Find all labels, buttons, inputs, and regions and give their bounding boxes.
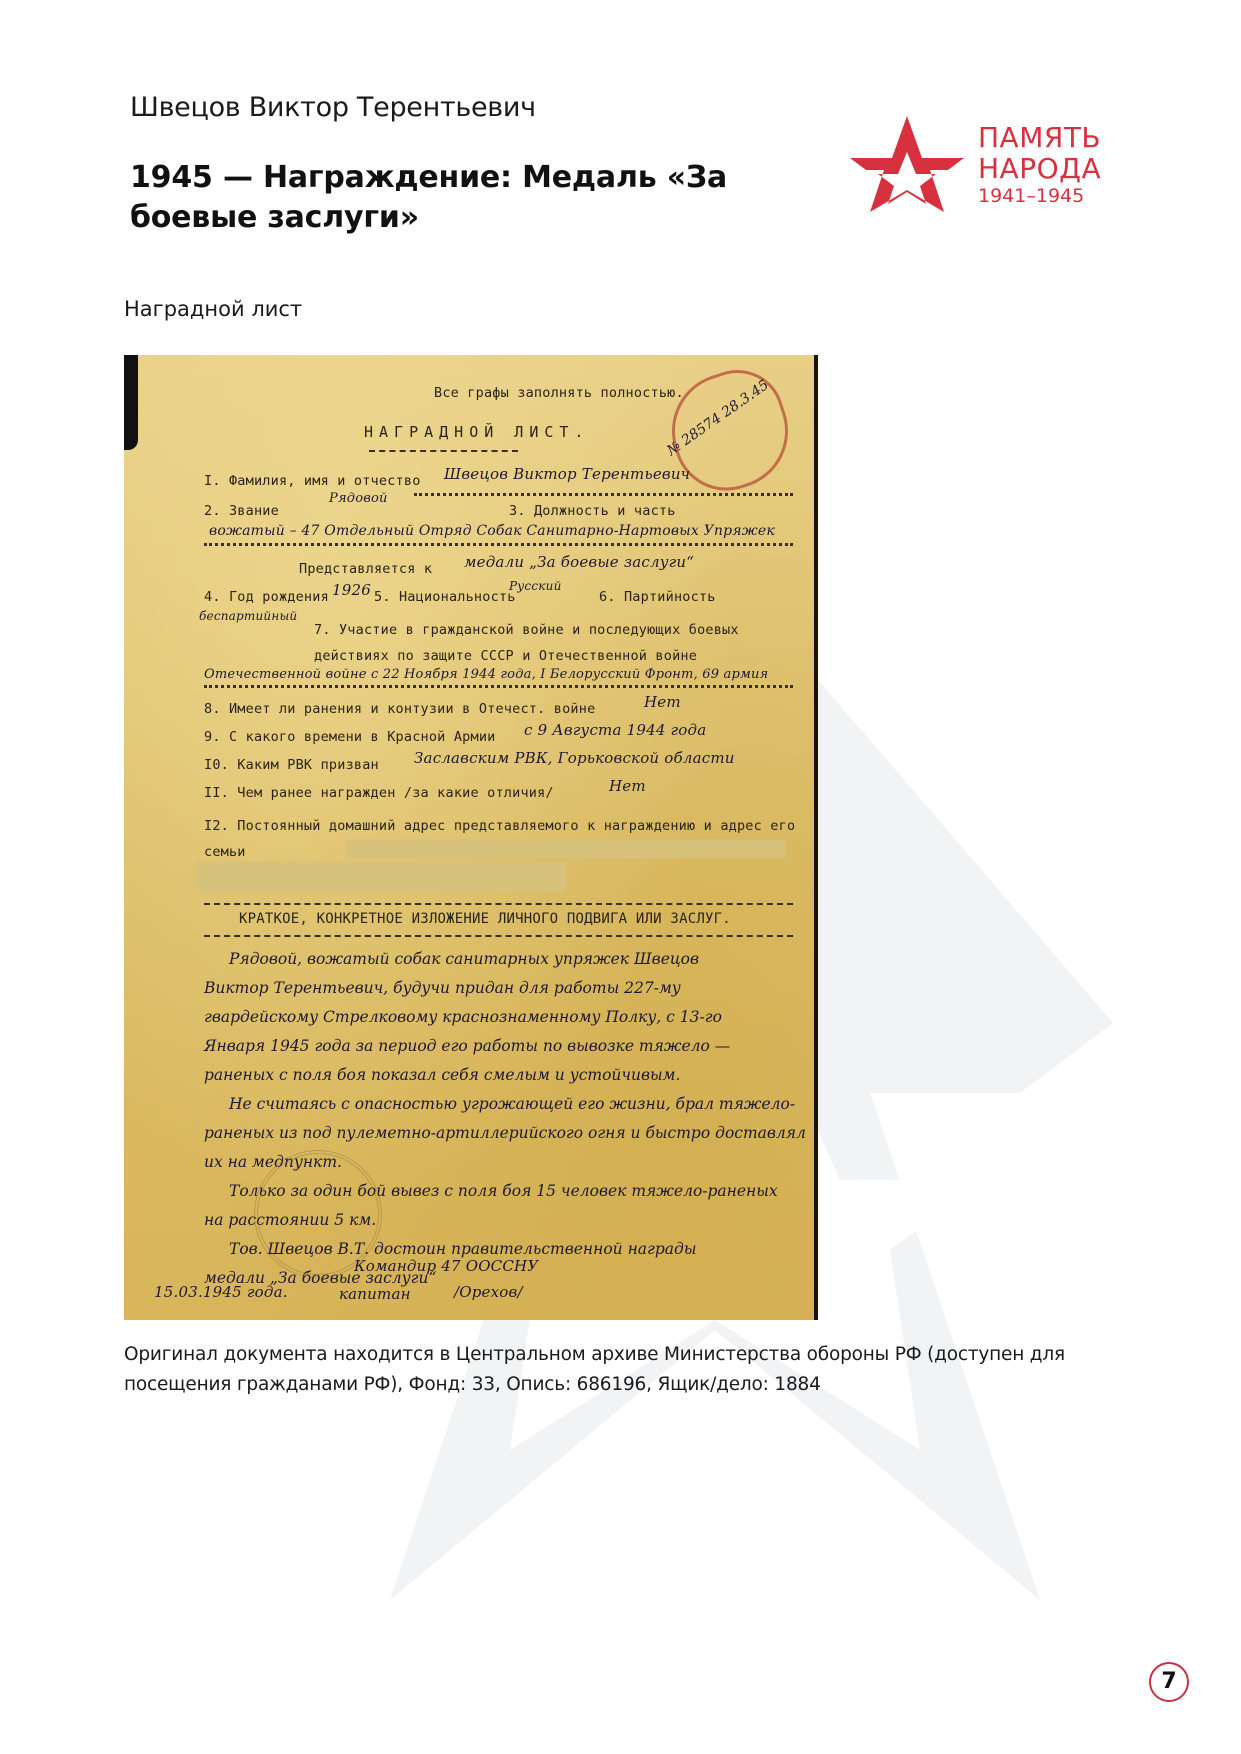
field-8-label: 8. Имеет ли ранения и контузии в Отечест… <box>204 701 595 717</box>
field-5-value: Русский <box>509 579 562 593</box>
page-title: 1945 — Награждение: Медаль «За боевые за… <box>130 158 810 238</box>
logo-text: ПАМЯТЬ НАРОДА 1941–1945 <box>978 124 1101 206</box>
dashed-line <box>204 903 793 905</box>
red-star-icon <box>848 112 966 222</box>
field-5-label: 5. Национальность <box>374 589 516 605</box>
logo[interactable]: ПАМЯТЬ НАРОДА 1941–1945 <box>848 112 1128 222</box>
signature-rank: капитан <box>339 1285 411 1303</box>
dotted-line <box>414 493 793 496</box>
field-7-label: 7. Участие в гражданской войне и последу… <box>314 617 784 669</box>
logo-years: 1941–1945 <box>978 187 1101 206</box>
field-3-value: вожатый – 47 Отдельный Отряд Собак Санит… <box>209 523 775 539</box>
narrative-line: Рядовой, вожатый собак санитарных упряже… <box>204 945 804 974</box>
field-4-value: 1926 <box>332 581 371 599</box>
page-number: 7 <box>1149 1662 1189 1702</box>
dotted-line <box>204 543 793 546</box>
narrative-line: Не считаясь с опасностью угрожающей его … <box>204 1090 804 1119</box>
narrative-line: гвардейскому Стрелковому краснознаменном… <box>204 1003 804 1032</box>
field-10-value: Заславским РВК, Горьковской области <box>414 749 735 767</box>
narrative-title: КРАТКОЕ, КОНКРЕТНОЕ ИЗЛОЖЕНИЕ ЛИЧНОГО ПО… <box>239 911 731 927</box>
logo-line-1: ПАМЯТЬ <box>978 124 1101 152</box>
field-1-label: I. Фамилия, имя и отчество <box>204 473 421 489</box>
redacted-address <box>346 840 786 858</box>
field-1-value: Швецов Виктор Терентьевич <box>444 465 690 483</box>
narrative-line: раненых из под пулеметно-артиллерийского… <box>204 1119 804 1148</box>
field-award-value: медали „За боевые заслуги“ <box>464 553 694 571</box>
field-8-value: Нет <box>644 693 681 711</box>
field-11-value: Нет <box>609 777 646 795</box>
field-award-label: Представляется к <box>299 561 432 577</box>
narrative-line: Января 1945 года за период его работы по… <box>204 1032 804 1061</box>
field-9-value: с 9 Августа 1944 года <box>524 721 706 739</box>
section-label: Наградной лист <box>124 297 302 321</box>
signature-date: 15.03.1945 года. <box>154 1283 288 1301</box>
logo-line-2: НАРОДА <box>978 155 1101 183</box>
narrative-line: раненых с поля боя показал себя смелым и… <box>204 1061 804 1090</box>
signature-position: Командир 47 ООССНУ <box>354 1257 538 1275</box>
field-6-label: 6. Партийность <box>599 589 716 605</box>
field-7-value: Отечественной войне с 22 Ноября 1944 год… <box>204 667 768 682</box>
field-3-label: 3. Должность и часть <box>509 503 676 519</box>
doc-header-note: Все графы заполнять полностью. <box>434 385 684 401</box>
field-10-label: I0. Каким РВК призван <box>204 757 379 773</box>
field-2-value: Рядовой <box>329 491 388 506</box>
narrative-line: Виктор Терентьевич, будучи придан для ра… <box>204 974 804 1003</box>
signature-name: /Орехов/ <box>454 1283 523 1301</box>
field-11-label: II. Чем ранее награжден /за какие отличи… <box>204 785 554 801</box>
field-6-value: беспартийный <box>199 609 297 623</box>
person-name: Швецов Виктор Терентьевич <box>130 92 536 123</box>
dotted-line <box>204 685 793 688</box>
redacted-address <box>196 862 566 892</box>
award-sheet-scan[interactable]: № 28574 28.3.45 Все графы заполнять полн… <box>124 355 818 1320</box>
title-underline <box>369 450 518 452</box>
dashed-line <box>204 935 793 937</box>
field-4-label: 4. Год рождения <box>204 589 329 605</box>
field-2-label: 2. Звание <box>204 503 279 519</box>
archive-note: Оригинал документа находится в Центральн… <box>124 1340 1124 1400</box>
doc-form-title: НАГРАДНОЙ ЛИСТ. <box>364 423 589 441</box>
field-9-label: 9. С какого времени в Красной Армии <box>204 729 495 745</box>
